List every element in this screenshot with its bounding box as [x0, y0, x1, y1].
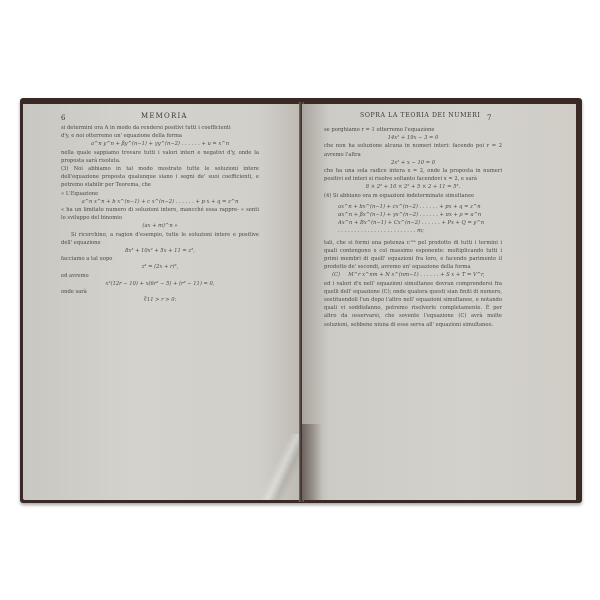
- equation: x²(12r − 10) + x(6r² − 5) + (r³ − 11) = …: [61, 280, 259, 288]
- running-head-left: MEMORIA: [141, 112, 188, 120]
- paragraph: facciamo a tal uopo: [61, 255, 259, 263]
- equation: z³ = (2x + r)³,: [61, 263, 259, 271]
- right-page: SOPRA LA TEORIA DEI NUMERI 7 se porghiam…: [302, 104, 576, 500]
- equation: 8 × 2³ + 10 × 2² + 5 × 2 + 11 = 5³.: [324, 183, 502, 191]
- left-page-text: si determini ora A in modo da rendersi p…: [61, 124, 259, 304]
- equation: (ax + m)^n »: [61, 222, 259, 230]
- paragraph: (4) Si abbiano ora m equazioni indetermi…: [324, 192, 502, 200]
- paragraph: ed avremo: [61, 272, 259, 280]
- gutter-shadow: [302, 424, 322, 500]
- paragraph: (3) Noi abbiamo in tal modo mostrato tut…: [61, 165, 259, 190]
- page-number-right: 7: [487, 114, 491, 122]
- paragraph: nella quale sappiamo trovare tutti i val…: [61, 149, 259, 165]
- text-line: si determini ora A in modo da rendersi p…: [61, 124, 259, 132]
- left-page: 6 MEMORIA si determini ora A in modo da …: [23, 104, 301, 500]
- equation-system: ax^n + bx^(n−1) + cx^(n−2) . . . . . . +…: [338, 203, 502, 236]
- text-line: d'y, e noi otterremo un' equazione della…: [61, 132, 259, 140]
- equation: 2x² + x − 10 = 0: [324, 159, 502, 167]
- equation-line: . . . . . . . . . . . . . . . . . . . . …: [338, 227, 502, 235]
- open-book: 6 MEMORIA si determini ora A in modo da …: [20, 98, 582, 503]
- equation: 14x² + 19x − 3 = 0: [324, 134, 502, 142]
- equation-line: ax^n + bx^(n−1) + cx^(n−2) . . . . . . +…: [338, 203, 502, 211]
- page-number-left: 6: [61, 114, 65, 122]
- equation: a^n x^n + b x^(n−1) + c x^(n−2) . . . . …: [61, 198, 259, 206]
- equation: 8x³ + 10x² + 5x + 11 = z³,: [61, 247, 259, 255]
- equation-line: Ax^n + Bx^(n−1) + Cx^(n−2) . . . . . . +…: [338, 219, 502, 227]
- right-page-text: se porghiamo r = 1 otterremo l'equazione…: [324, 126, 502, 329]
- equation: ∛11 > r > 0:: [61, 296, 259, 304]
- running-head-right: SOPRA LA TEORIA DEI NUMERI: [360, 112, 480, 119]
- paragraph: se porghiamo r = 1 otterremo l'equazione: [324, 126, 502, 134]
- page-fold-shading: [257, 434, 301, 500]
- paragraph: « L'Equazione: [61, 190, 259, 198]
- equation: M^r x^nm + N x^(nm−1) . . . . . . + S x …: [348, 272, 484, 278]
- paragraph: « ha un limitato numero di soluzioni int…: [61, 206, 259, 222]
- paragraph: che non ha soluzione alcuna in numeri in…: [324, 142, 502, 158]
- paragraph: Si ricerchino, a ragion d'esempio, tutte…: [61, 231, 259, 247]
- equation: a^n y^n + βy^(n−1) + γy^(n−2) . . . . . …: [61, 140, 259, 148]
- paragraph: tali, che si formi una potenza r.ᵐᵃ pel …: [324, 239, 502, 272]
- paragraph: ed i valori d'x nell' equazioni simultan…: [324, 280, 502, 329]
- paragraph: onde sarà: [61, 288, 259, 296]
- equation-label: (C): [332, 272, 340, 278]
- paragraph: che ha una sola radice intera x = 2, ond…: [324, 167, 502, 183]
- equation-line: αx^n + βx^(n−1) + γx^(n−2) . . . . . . +…: [338, 211, 502, 219]
- equation-c: (C) M^r x^nm + N x^(nm−1) . . . . . . + …: [332, 271, 502, 279]
